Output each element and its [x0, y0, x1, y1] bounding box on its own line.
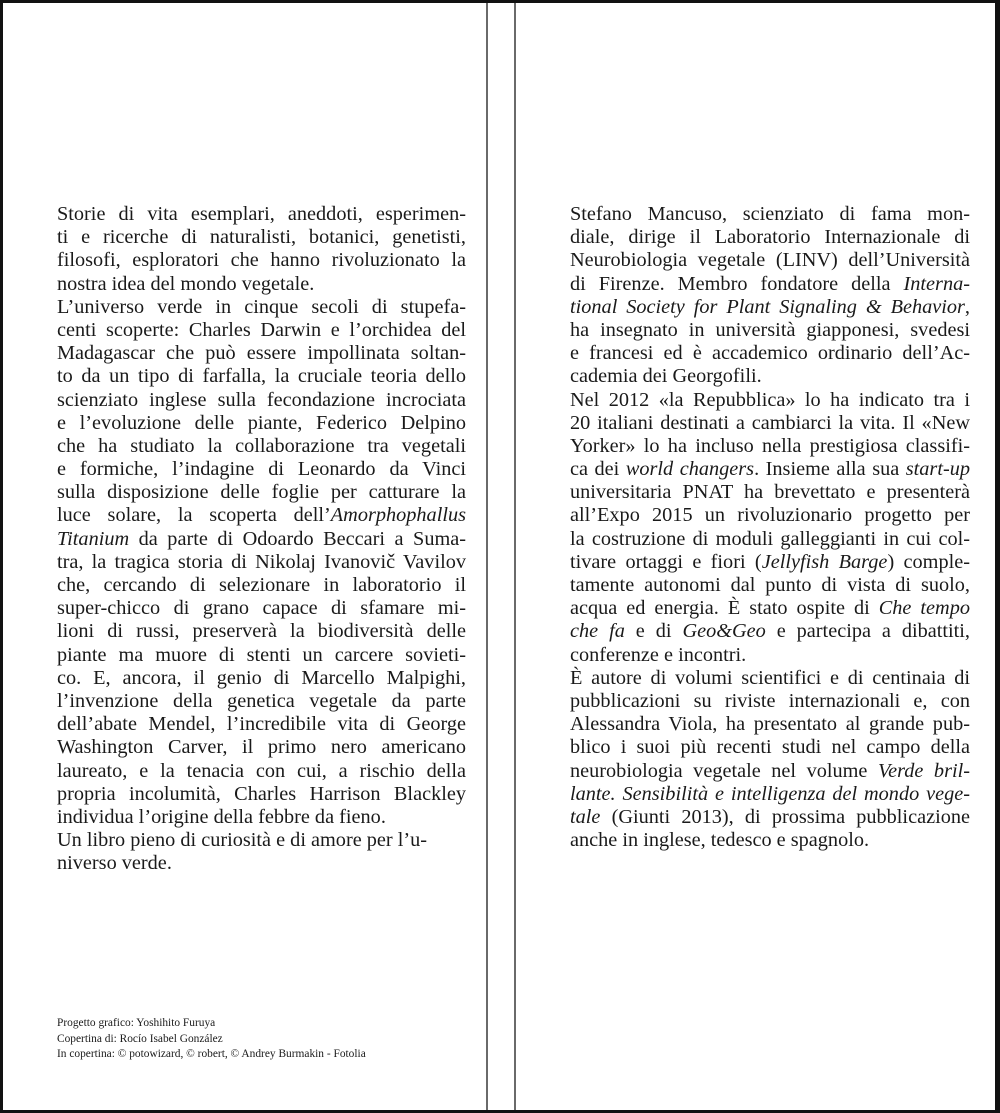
text-line: Madagascar che può essere impollinata so… [57, 342, 466, 365]
text-line: nostra idea del mondo vegetale. [57, 273, 466, 296]
text-line: sulla disposizione delle foglie per catt… [57, 481, 466, 504]
text-line: e l’evoluzione delle piante, Federico De… [57, 412, 466, 435]
text-line: È autore di volumi scientifici e di cent… [570, 667, 970, 690]
text-line: Alessandra Viola, ha presentato al grand… [570, 713, 970, 736]
text-line: l’invenzione della genetica vegetale da … [57, 690, 466, 713]
text-line: filosofi, esploratori che hanno rivoluzi… [57, 249, 466, 272]
text-line: tale (Giunti 2013), di prossima pubblica… [570, 806, 970, 829]
text-line: to da un tipo di farfalla, la cruciale t… [57, 365, 466, 388]
text-line: dell’abate Mendel, l’incredibile vita di… [57, 713, 466, 736]
text-line: L’universo verde in cinque secoli di stu… [57, 296, 466, 319]
text-line: Yorker» lo ha incluso nella prestigiosa … [570, 435, 970, 458]
text-line: tional Society for Plant Signaling & Beh… [570, 296, 970, 319]
text-line: e formiche, l’indagine di Leonardo da Vi… [57, 458, 466, 481]
text-line: Nel 2012 «la Repubblica» lo ha indicato … [570, 389, 970, 412]
text-line: luce solare, la scoperta dell’Amorphopha… [57, 504, 466, 527]
text-line: laureato, e la tenacia con cui, a rischi… [57, 760, 466, 783]
text-line: che, cercando di selezionare in laborato… [57, 574, 466, 597]
back-flap-author-bio: Stefano Mancuso, scienziato di fama mon-… [570, 203, 970, 852]
credit-cover-images: In copertina: © potowizard, © robert, © … [57, 1047, 366, 1063]
text-line: all’Expo 2015 un rivoluzionario progetto… [570, 504, 970, 527]
text-line: blico i suoi più recenti studi nel campo… [570, 736, 970, 759]
text-line: co. E, ancora, il genio di Marcello Malp… [57, 667, 466, 690]
text-line: e francesi ed è accademico ordinario del… [570, 342, 970, 365]
text-line: acqua ed energia. È stato ospite di Che … [570, 597, 970, 620]
text-line: tivare ortaggi e fiori (Jellyfish Barge)… [570, 551, 970, 574]
text-line: tamente autonomi dal punto di vista di s… [570, 574, 970, 597]
text-line: cademia dei Georgofili. [570, 365, 970, 388]
text-line: ca dei world changers. Insieme alla sua … [570, 458, 970, 481]
text-line: niverso verde. [57, 852, 466, 875]
text-line: individua l’origine della febbre da fien… [57, 806, 466, 829]
text-line: Un libro pieno di curiosità e di amore p… [57, 829, 466, 852]
text-line: super-chicco di grano capace di sfamare … [57, 597, 466, 620]
text-line: universitaria PNAT ha brevettato e prese… [570, 481, 970, 504]
text-line: scienziato inglese sulla fecondazione in… [57, 389, 466, 412]
text-line: ti e ricerche di naturalisti, botanici, … [57, 226, 466, 249]
text-line: Washington Carver, il primo nero america… [57, 736, 466, 759]
text-line: Storie di vita esemplari, aneddoti, espe… [57, 203, 466, 226]
fold-line-right [514, 3, 516, 1110]
text-line: di Firenze. Membro fondatore della Inter… [570, 273, 970, 296]
text-line: la costruzione di moduli galleggianti in… [570, 528, 970, 551]
text-line: ha insegnato in università giapponesi, s… [570, 319, 970, 342]
text-line: centi scoperte: Charles Darwin e l’orchi… [57, 319, 466, 342]
text-line: conferenze e incontri. [570, 644, 970, 667]
credits: Progetto grafico: Yoshihito Furuya Coper… [57, 1016, 366, 1063]
text-line: lante. Sensibilità e intelligenza del mo… [570, 783, 970, 806]
credit-design: Progetto grafico: Yoshihito Furuya [57, 1016, 366, 1032]
text-line: Stefano Mancuso, scienziato di fama mon- [570, 203, 970, 226]
text-line: propria incolumità, Charles Harrison Bla… [57, 783, 466, 806]
text-line: che fa e di Geo&Geo e partecipa a dibatt… [570, 620, 970, 643]
text-line: Neurobiologia vegetale (LINV) dell’Unive… [570, 249, 970, 272]
text-line: tra, la tragica storia di Nikolaj Ivanov… [57, 551, 466, 574]
fold-line-left [486, 3, 488, 1110]
text-line: piante ma muore di stenti un carcere sov… [57, 644, 466, 667]
text-line: lioni di russi, preserverà la biodiversi… [57, 620, 466, 643]
text-line: Titanium da parte di Odoardo Beccari a S… [57, 528, 466, 551]
credit-cover: Copertina di: Rocío Isabel González [57, 1032, 366, 1048]
text-line: 20 italiani destinati a cambiarci la vit… [570, 412, 970, 435]
text-line: pubblicazioni su riviste internazionali … [570, 690, 970, 713]
text-line: diale, dirige il Laboratorio Internazion… [570, 226, 970, 249]
front-flap-blurb: Storie di vita esemplari, aneddoti, espe… [57, 203, 466, 875]
text-line: neurobiologia vegetale nel volume Verde … [570, 760, 970, 783]
text-line: anche in inglese, tedesco e spagnolo. [570, 829, 970, 852]
text-line: che ha studiato la collaborazione tra ve… [57, 435, 466, 458]
